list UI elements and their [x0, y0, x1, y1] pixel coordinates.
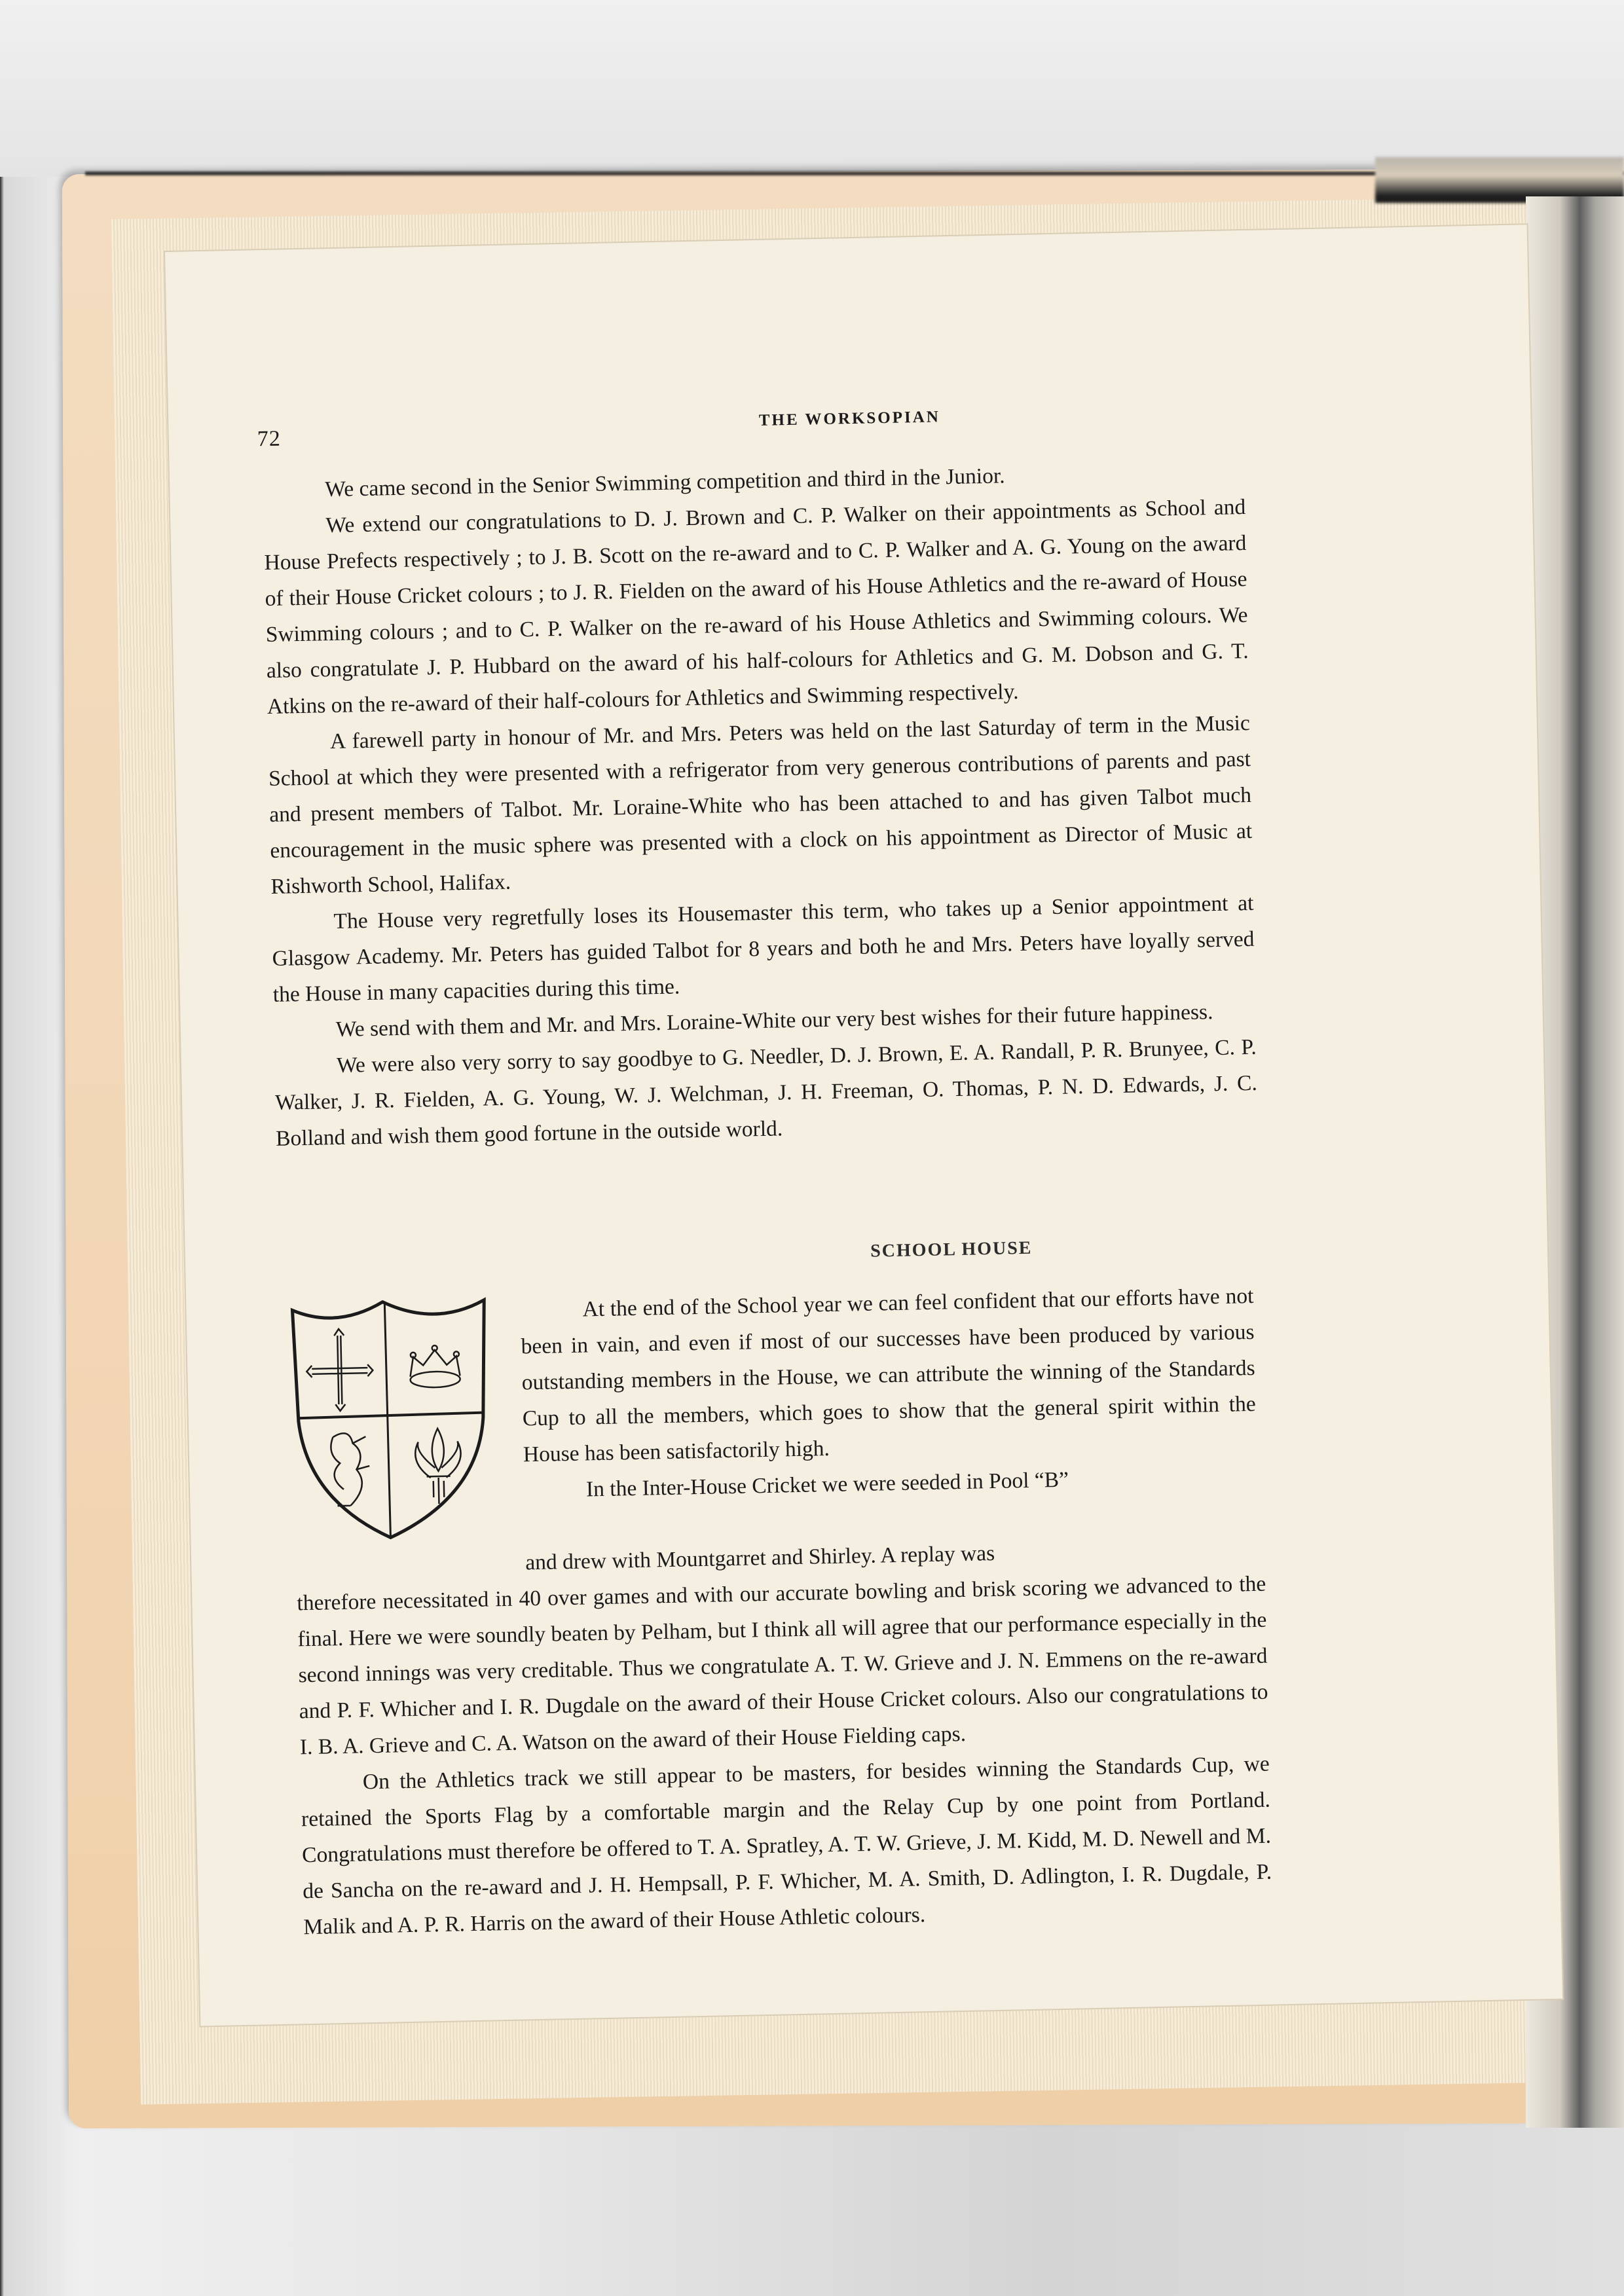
paragraph: The House very regretfully loses its Hou… [271, 885, 1255, 1013]
lion-rampant-icon [331, 1432, 371, 1506]
page-content: 72 THE WORKSOPIAN We came second in the … [165, 225, 1562, 2026]
paragraph: We extend our congratulations to D. J. B… [263, 489, 1249, 725]
cross-icon [306, 1328, 373, 1412]
talbot-house-report: We came second in the Senior Swimming co… [263, 453, 1259, 1157]
school-house-intro: At the end of the School year we can fee… [520, 1278, 1257, 1508]
running-head: THE WORKSOPIAN [168, 396, 1530, 442]
paragraph: therefore necessitated in 40 over games … [297, 1566, 1269, 1766]
paragraph: On the Athletics track we still appear t… [300, 1746, 1272, 1946]
paragraph: At the end of the School year we can fee… [520, 1278, 1257, 1472]
magazine-page: 72 THE WORKSOPIAN We came second in the … [165, 225, 1562, 2026]
school-house-crest-icon [284, 1286, 499, 1542]
section-heading-school-house: SCHOOL HOUSE [690, 1234, 1213, 1266]
paragraph: We were also very sorry to say goodbye t… [274, 1029, 1258, 1157]
school-house-report: and drew with Mountgarret and Shirley. A… [296, 1530, 1273, 1946]
scanner-background [0, 0, 1624, 177]
paragraph: A farewell party in honour of Mr. and Mr… [268, 705, 1253, 905]
crown-icon [410, 1345, 460, 1388]
